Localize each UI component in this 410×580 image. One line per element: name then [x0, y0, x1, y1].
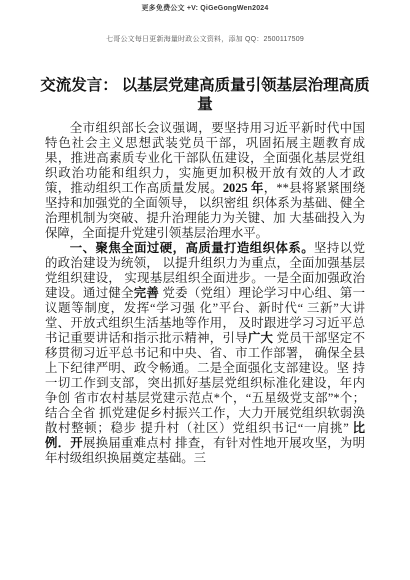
paragraph-run: 党员干部坚定不移贯彻习近平总书记和中央、省、市工作部署， 确保全县上下纪律严明、…: [45, 331, 365, 435]
document-page: 更多免费公文 +V: QiGeGongWen2024 七哥公文每日更新海量时政公…: [0, 0, 410, 580]
paragraph-run-bold: 完善: [134, 286, 159, 300]
paragraph-run-bold: 广大: [248, 331, 273, 345]
paragraph-run: 展换届重难点村 排查，有针对性地开展攻坚，为明年村级组织换届奠定基础。三: [45, 436, 365, 465]
watermark-note-top: 更多免费公文 +V: QiGeGongWen2024: [0, 0, 410, 13]
watermark-note-qq: 七哥公文每日更新海量时政公文资料，添加 QQ：2500117509: [0, 34, 410, 44]
paragraph-run-bold: 2025 年: [223, 181, 264, 195]
document-title: 交流发言： 以基层党建高质量引领基层治理高质量: [40, 76, 370, 114]
paragraph: 一、聚焦全面过硬，高质量打造组织体系。坚持以党的政治建设为统领， 以提升组织力为…: [45, 241, 365, 466]
paragraph: 全市组织部长会议强调，要坚持用习近平新时代中国特色社会主义思想武装党员干部，巩固…: [45, 121, 365, 241]
paragraph-run-bold: 一、聚焦全面过硬，高质量打造组织体系。: [70, 241, 314, 255]
document-body: 全市组织部长会议强调，要坚持用习近平新时代中国特色社会主义思想武装党员干部，巩固…: [45, 121, 365, 466]
